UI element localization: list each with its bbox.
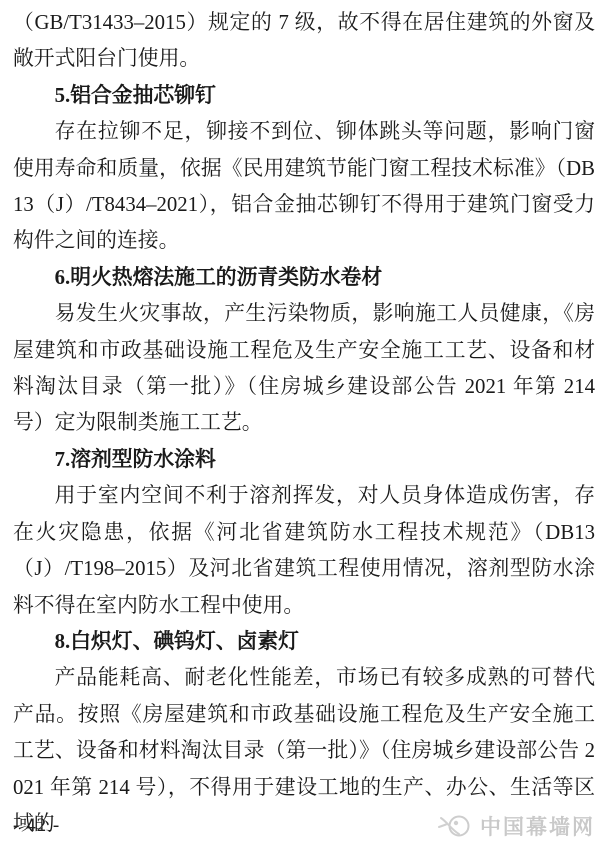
section-7-body: 用于室内空间不利于溶剂挥发，对人员身体造成伤害，存在火灾隐患，依据《河北省建筑防… [13,478,595,624]
watermark: 中国幕墙网 [437,811,595,841]
page-number: - 42 - [13,815,60,837]
page-footer: - 42 - 中国幕墙网 [13,811,595,841]
intro-paragraph: （GB/T31433–2015）规定的 7 级，故不得在居住建筑的外窗及敞开式阳… [13,5,595,78]
site-logo-icon [437,813,473,839]
section-5-body: 存在拉铆不足，铆接不到位、铆体跳头等问题，影响门窗使用寿命和质量，依据《民用建筑… [13,114,595,260]
section-7-heading: 7.溶剂型防水涂料 [13,442,595,478]
section-8-heading: 8.白炽灯、碘钨灯、卤素灯 [13,624,595,660]
section-6-heading: 6.明火热熔法施工的沥青类防水卷材 [13,260,595,296]
section-5-heading: 5.铝合金抽芯铆钉 [13,78,595,114]
section-6-body: 易发生火灾事故，产生污染物质，影响施工人员健康，《房屋建筑和市政基础设施工程危及… [13,296,595,442]
watermark-text: 中国幕墙网 [480,811,595,841]
document-content: （GB/T31433–2015）规定的 7 级，故不得在居住建筑的外窗及敞开式阳… [0,0,607,842]
document-page: （GB/T31433–2015）规定的 7 级，故不得在居住建筑的外窗及敞开式阳… [0,0,607,853]
